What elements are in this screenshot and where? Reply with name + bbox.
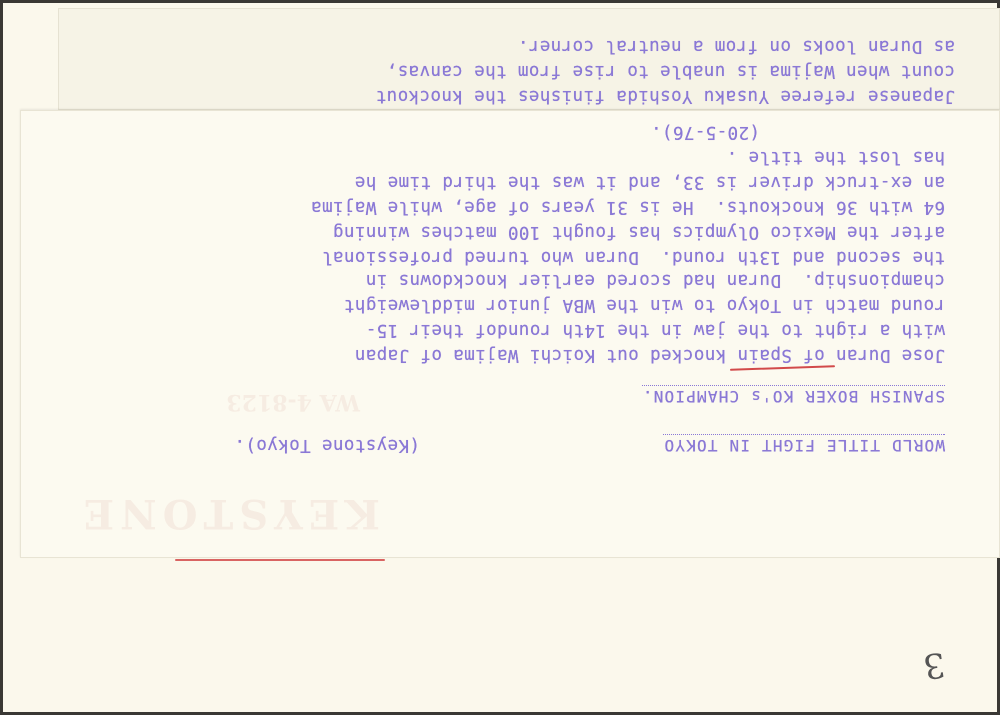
red-edge-mark (175, 559, 385, 561)
body-line: after the Mexico Olympics has fought 100… (333, 223, 945, 241)
body-line: has lost the title . (726, 148, 945, 166)
body-line: round match in Tokyo to win the WBA juni… (344, 296, 945, 314)
body-line: Jose Duran of Spain knocked out Koichi W… (354, 346, 945, 364)
stamp-bleed-through: KEYSTONE (78, 490, 380, 537)
upper-caption-line: count when Wajima is unable to rise from… (386, 62, 955, 80)
press-photo-caption-sheet: Japanese referee Yusaku Yoshida finishes… (0, 0, 1000, 715)
handwritten-number: 3 (921, 644, 948, 687)
subheadline: SPANISH BOXER KO's CHAMPION. (642, 385, 945, 404)
body-line: with a right to the jaw in the 14th roun… (365, 321, 945, 339)
body-line: the second and 13th round. Duran who tur… (322, 248, 945, 266)
stamp-bleed-through: WA 4-8123 (226, 389, 360, 415)
body-line: 64 with 36 knockouts. He is 31 years of … (311, 198, 945, 216)
photo-credit: (Keystone Tokyo). (234, 436, 420, 454)
caption-date: (20-5-76). (651, 123, 760, 141)
body-line: championship. Duran had scored earlier k… (365, 271, 945, 289)
body-line: an ex-truck driver is 33, and it was the… (354, 173, 945, 191)
upper-caption-line: Japanese referee Yusaku Yoshida finishes… (375, 87, 955, 105)
headline: WORLD TITLE FIGHT IN TOKYO (663, 434, 945, 453)
upper-caption-line: as Duran looks on from a neutral corner. (518, 37, 955, 55)
upside-down-content: Japanese referee Yusaku Yoshida finishes… (0, 0, 1000, 715)
